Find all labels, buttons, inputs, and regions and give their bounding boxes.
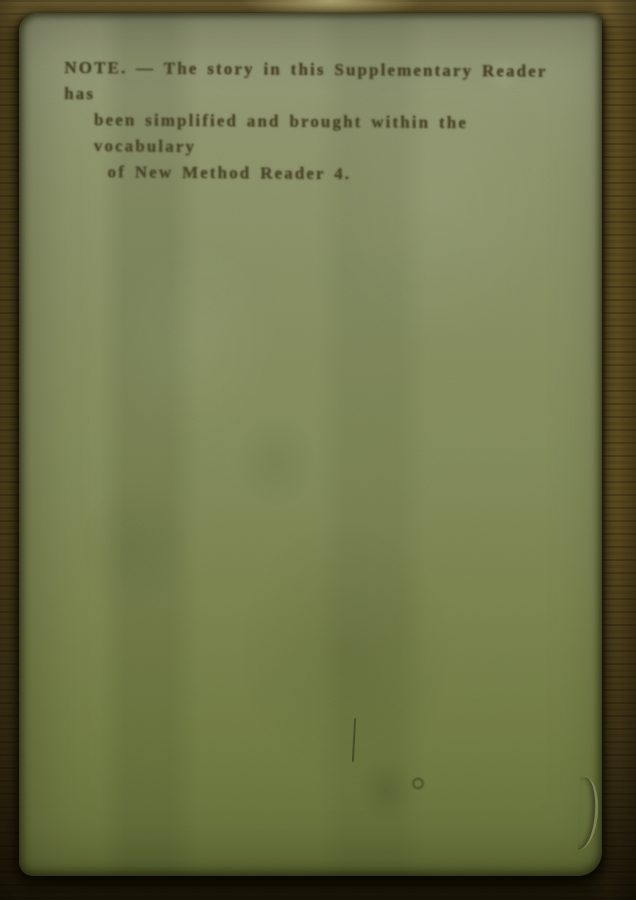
scratch-mark <box>352 718 356 762</box>
worn-corner-curl <box>578 778 600 851</box>
photo-of-book-on-wooden-table: NOTE. — The story in this Supplementary … <box>0 0 636 900</box>
note-line-2: been simplified and brought within the v… <box>94 107 579 163</box>
stain-spot <box>411 777 425 790</box>
note-line-3: of New Method Reader 4. <box>107 159 578 189</box>
printed-note: NOTE. — The story in this Supplementary … <box>63 55 579 189</box>
book-back-cover: NOTE. — The story in this Supplementary … <box>19 13 602 876</box>
note-line-1: NOTE. — The story in this Supplementary … <box>64 55 579 111</box>
